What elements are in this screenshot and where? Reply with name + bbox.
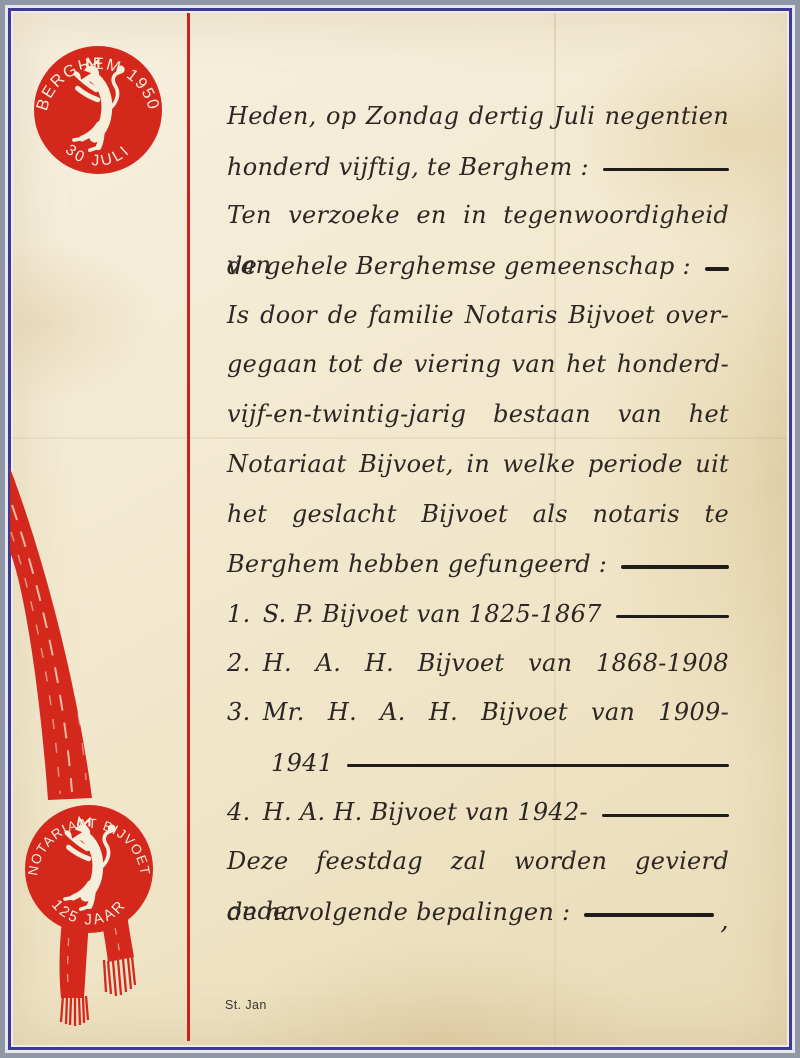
ink-rule xyxy=(602,814,729,817)
ribbon-graphic xyxy=(10,468,92,800)
text-line: honderd vijftig, te Berghem : xyxy=(227,142,729,192)
text-line-text: Berghem hebben gefungeerd : xyxy=(227,550,607,578)
text-line-text: honderd vijftig, te Berghem : xyxy=(227,153,589,181)
text-line: 2. H. A. H. Bijvoet van 1868-1908 xyxy=(227,639,729,689)
text-line: vijf-en-twintig-jarig bestaan van het xyxy=(227,390,729,440)
text-line-text: 1. S. P. Bijvoet van 1825-1867 xyxy=(227,600,602,628)
text-line: Notariaat Bijvoet, in welke periode uit xyxy=(227,440,729,490)
text-line-text: de gehele Berghemse gemeenschap : xyxy=(227,252,691,280)
document-text: Heden, op Zondag dertig Juli negentien h… xyxy=(227,92,729,937)
text-line: 4. H. A. H. Bijvoet van 1942- xyxy=(227,788,729,838)
text-line-text: 1941 xyxy=(271,749,333,777)
berghem-seal: BERGHEM 1950 30 JULI xyxy=(33,46,163,174)
scanned-document-page: BERGHEM 1950 30 JULI xyxy=(0,0,800,1058)
text-line: 3. Mr. H. A. H. Bijvoet van 1909- xyxy=(227,688,729,738)
text-line: 1941 xyxy=(227,738,729,788)
ink-rule xyxy=(584,913,714,916)
text-line: de gehele Berghemse gemeenschap : xyxy=(227,241,729,291)
text-line-text: 4. H. A. H. Bijvoet van 1942- xyxy=(227,798,588,826)
ink-rule xyxy=(705,267,729,270)
text-line: Berghem hebben gefungeerd : xyxy=(227,539,729,589)
ink-rule xyxy=(621,565,729,568)
text-line: Heden, op Zondag dertig Juli negentien xyxy=(227,92,729,142)
text-line: het geslacht Bijvoet als notaris te xyxy=(227,490,729,540)
text-line: gegaan tot de viering van het honderd- xyxy=(227,340,729,390)
text-line: Ten verzoeke en in tegenwoordigheid van xyxy=(227,191,729,241)
text-line: 1. S. P. Bijvoet van 1825-1867 xyxy=(227,589,729,639)
notariaat-seal: NOTARIAAT BIJVOET 125 JAAR xyxy=(25,805,153,933)
ink-rule xyxy=(347,764,729,767)
text-line-text: de navolgende bepalingen : xyxy=(227,898,570,926)
ink-rule xyxy=(616,615,729,618)
printer-credit: St. Jan xyxy=(225,998,267,1012)
text-line: de navolgende bepalingen :, xyxy=(227,887,729,937)
text-line: Deze feestdag zal worden gevierd onder xyxy=(227,837,729,887)
text-line: Is door de familie Notaris Bijvoet over- xyxy=(227,291,729,341)
ink-rule xyxy=(603,168,729,171)
red-margin-line xyxy=(187,13,190,1041)
trailing-comma: , xyxy=(720,897,729,947)
